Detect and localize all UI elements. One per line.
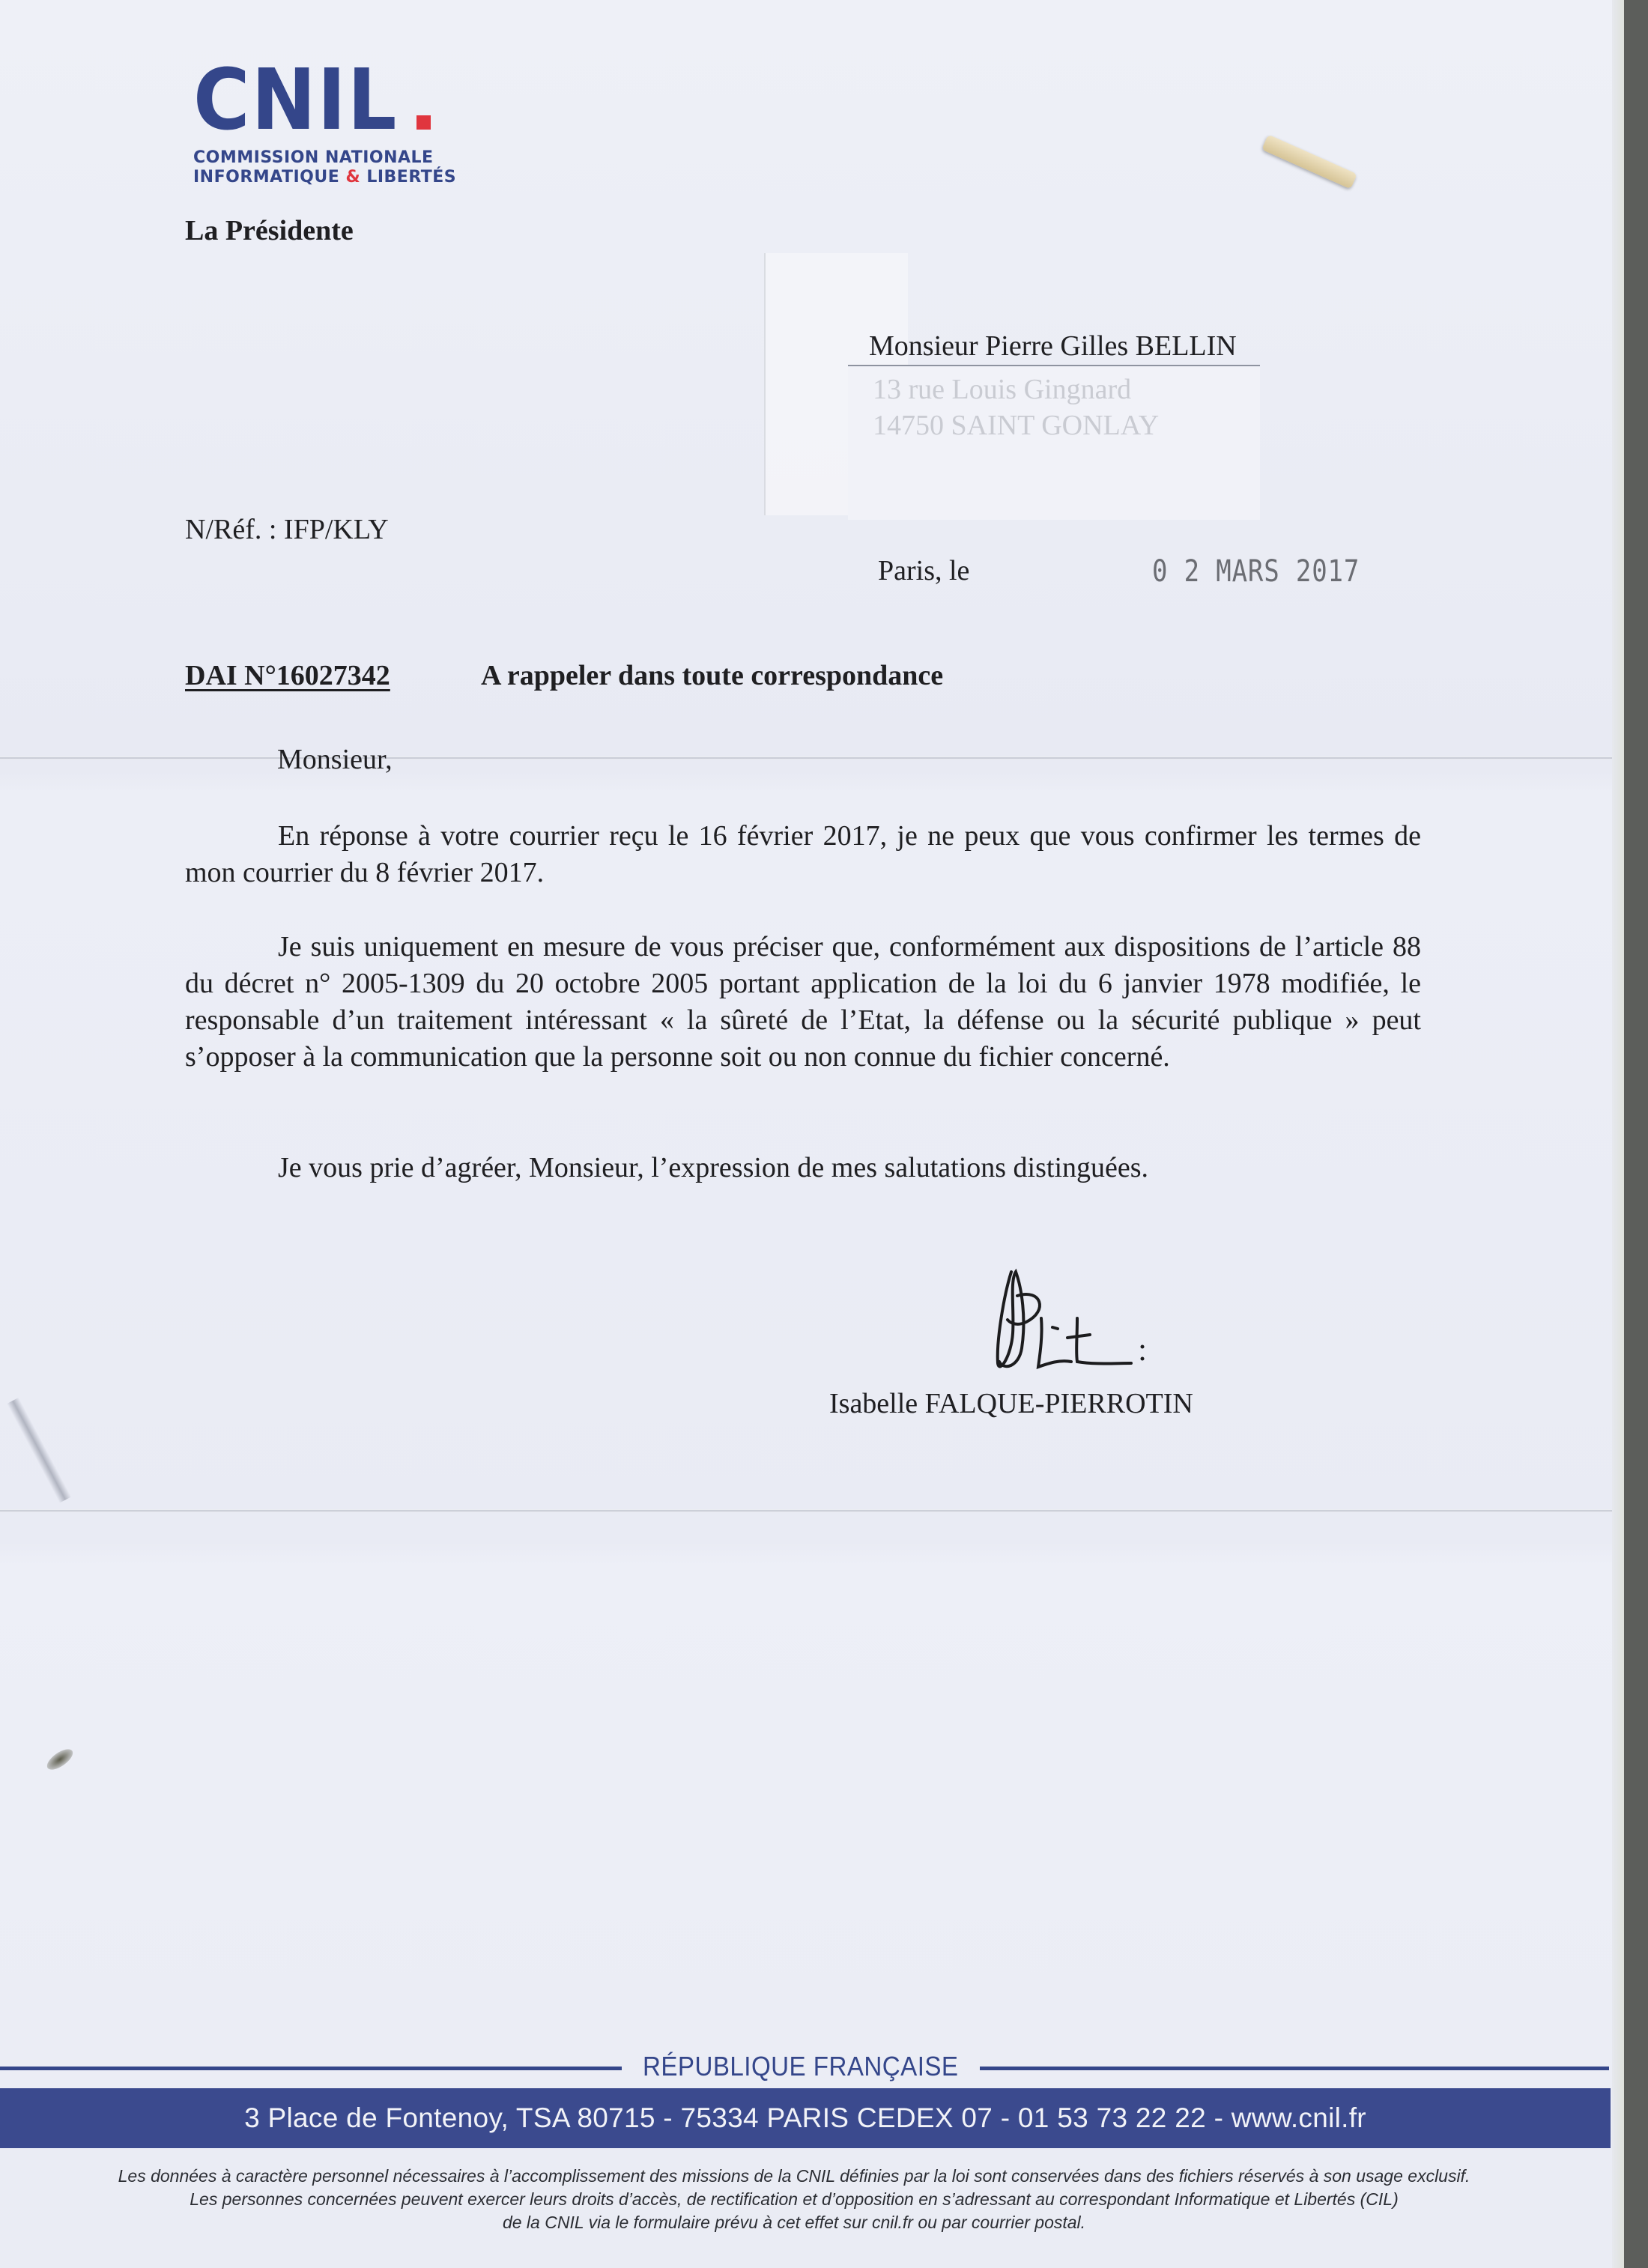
signature-icon xyxy=(989,1266,1191,1378)
logo-red-square-icon xyxy=(416,115,431,130)
cnil-logo: CNIL COMMISSION NATIONALE INFORMATIQUE &… xyxy=(193,58,456,187)
body-paragraph: En réponse à votre courrier reçu le 16 f… xyxy=(185,818,1421,891)
footer-address: 3 Place de Fontenoy, TSA 80715 - 75334 P… xyxy=(244,2102,1366,2134)
logo-subtitle: COMMISSION NATIONALE INFORMATIQUE & LIBE… xyxy=(193,148,456,187)
footer-address-band: 3 Place de Fontenoy, TSA 80715 - 75334 P… xyxy=(0,2088,1611,2148)
date-stamp: 0 2 MARS 2017 xyxy=(1152,554,1360,589)
footer-rule-left xyxy=(0,2067,622,2070)
letter-page: CNIL COMMISSION NATIONALE INFORMATIQUE &… xyxy=(0,0,1612,2268)
legal-line: de la CNIL via le formulaire prévu à cet… xyxy=(45,2211,1543,2234)
ink-smudge xyxy=(43,1745,76,1774)
logo-subtitle-line2: INFORMATIQUE & LIBERTÉS xyxy=(193,168,456,187)
logo-wordmark: CNIL xyxy=(193,58,398,142)
logo-informatique: INFORMATIQUE xyxy=(193,168,339,187)
republique-francaise-label: RÉPUBLIQUE FRANÇAISE xyxy=(643,2051,958,2082)
date-place: Paris, le xyxy=(878,554,969,587)
legal-notice: Les données à caractère personnel nécess… xyxy=(45,2165,1543,2234)
body-paragraph: Je suis uniquement en mesure de vous pré… xyxy=(185,929,1421,1076)
dossier-note: A rappeler dans toute correspondance xyxy=(481,659,943,692)
legal-line: Les personnes concernées peuvent exercer… xyxy=(45,2188,1543,2211)
dossier-number-text: DAI N°16027342 xyxy=(185,660,390,691)
signatory-name: Isabelle FALQUE-PIERROTIN xyxy=(829,1387,1193,1420)
fold-line xyxy=(0,1509,1612,1512)
staple-fragment xyxy=(1261,135,1357,189)
recipient-address-line2: 14750 SAINT GONLAY xyxy=(873,407,1159,443)
legal-line: Les données à caractère personnel nécess… xyxy=(45,2165,1543,2188)
footer-rule-right xyxy=(980,2067,1609,2070)
fold-line xyxy=(0,756,1612,759)
logo-subtitle-line1: COMMISSION NATIONALE xyxy=(193,148,456,168)
recipient-address-line1: 13 rue Louis Gingnard xyxy=(873,372,1159,407)
closing-paragraph: Je vous prie d’agréer, Monsieur, l’expre… xyxy=(185,1150,1421,1186)
recipient-name: Monsieur Pierre Gilles BELLIN xyxy=(869,330,1237,363)
reference: N/Réf. : IFP/KLY xyxy=(185,513,389,546)
paper-crease xyxy=(7,1398,71,1503)
sender-title: La Présidente xyxy=(185,214,354,247)
dossier-number: DAI N°16027342 xyxy=(185,659,390,692)
recipient-address: 13 rue Louis Gingnard 14750 SAINT GONLAY xyxy=(873,372,1159,443)
logo-ampersand: & xyxy=(345,168,360,187)
page-edge xyxy=(1612,0,1624,2268)
salutation: Monsieur, xyxy=(277,743,393,776)
logo-libertes: LIBERTÉS xyxy=(366,168,456,187)
